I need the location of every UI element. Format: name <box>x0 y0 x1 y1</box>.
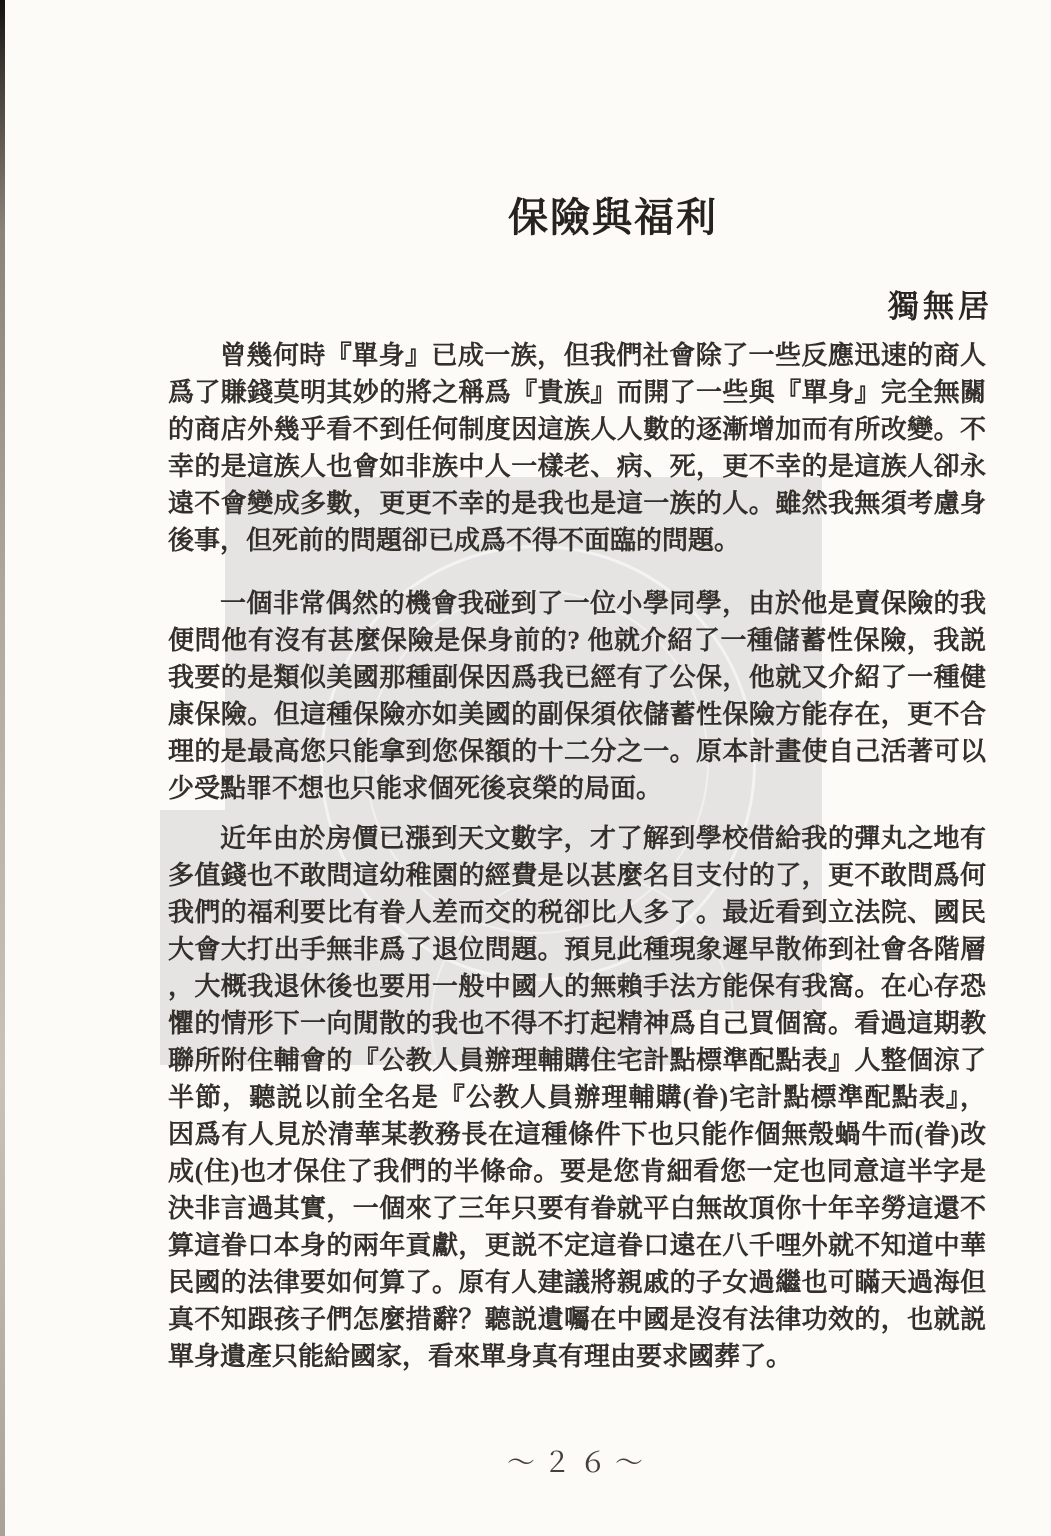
text-line: 遠不會變成多數，更更不幸的是我也是這一族的人。雖然我無須考慮身 <box>168 485 986 522</box>
text-line: 曾幾何時『單身』已成一族，但我們社會除了一些反應迅速的商人 <box>168 337 986 374</box>
text-line: 少受點罪不想也只能求個死後哀榮的局面。 <box>168 770 986 807</box>
text-line: 多值錢也不敢問這幼稚園的經費是以甚麼名目支付的了，更不敢問爲何 <box>168 857 986 894</box>
paragraph: 近年由於房價已漲到天文數字，才了解到學校借給我的彈丸之地有 多值錢也不敢問這幼稚… <box>168 820 986 1375</box>
text-line: 後事，但死前的問題卻已成爲不得不面臨的問題。 <box>168 522 986 559</box>
text-line: 民國的法律要如何算了。原有人建議將親戚的子女過繼也可瞞天過海但 <box>168 1264 986 1301</box>
text-line: 近年由於房價已漲到天文數字，才了解到學校借給我的彈丸之地有 <box>168 820 986 857</box>
text-line: 理的是最高您只能拿到您保額的十二分之一。原本計畫使自己活著可以 <box>168 733 986 770</box>
text-line: 真不知跟孩子們怎麼措辭？聽説遺囑在中國是沒有法律功效的，也就説 <box>168 1301 986 1338</box>
text-line: 一個非常偶然的機會我碰到了一位小學同學，由於他是賣保險的我 <box>168 585 986 622</box>
text-line: 懼的情形下一向閒散的我也不得不打起精神爲自己買個窩。看過這期教 <box>168 1005 986 1042</box>
text-line: 我們的福利要比有眷人差而交的税卻比人多了。最近看到立法院、國民 <box>168 894 986 931</box>
author-name: 獨無居 <box>888 281 993 326</box>
text-line: 成(住)也才保住了我們的半條命。要是您肯細看您一定也同意這半字是 <box>168 1153 986 1190</box>
text-line: 便問他有沒有甚麼保險是保身前的? 他就介紹了一種儲蓄性保險，我説 <box>168 622 986 659</box>
text-line: 康保險。但這種保險亦如美國的副保須依儲蓄性保險方能存在，更不合 <box>168 696 986 733</box>
document-page: 保險與福利 獨無居 曾幾何時『單身』已成一族，但我們社會除了一些反應迅速的商人 … <box>0 0 1051 1536</box>
text-line: 聯所附住輔會的『公教人員辦理輔購住宅計點標準配點表』人整個涼了 <box>168 1042 986 1079</box>
text-line: 的商店外幾乎看不到任何制度因這族人人數的逐漸增加而有所改變。不 <box>168 411 986 448</box>
text-line: 我要的是類似美國那種副保因爲我已經有了公保，他就又介紹了一種健 <box>168 659 986 696</box>
text-line: 爲了賺錢莫明其妙的將之稱爲『貴族』而開了一些與『單身』完全無關 <box>168 374 986 411</box>
paragraph: 曾幾何時『單身』已成一族，但我們社會除了一些反應迅速的商人 爲了賺錢莫明其妙的將… <box>168 337 986 559</box>
page-number: ～２６～ <box>170 1441 988 1481</box>
text-line: 因爲有人見於清華某教務長在這種條件下也只能作個無殼蝸牛而(眷)改 <box>168 1116 986 1153</box>
text-line: 算這眷口本身的兩年貢獻，更説不定這眷口遠在八千哩外就不知道中華 <box>168 1227 986 1264</box>
scan-edge-artifact <box>0 0 5 1536</box>
page-title: 保險與福利 <box>204 186 1022 243</box>
text-line: 半節，聽説以前全名是『公教人員辦理輔購(眷)宅計點標準配點表』， <box>168 1079 986 1116</box>
text-line: 決非言過其實，一個來了三年只要有眷就平白無故頂你十年辛勞這還不 <box>168 1190 986 1227</box>
text-line: 單身遺產只能給國家，看來單身真有理由要求國葬了。 <box>168 1338 986 1375</box>
text-line: 幸的是這族人也會如非族中人一樣老、病、死，更不幸的是這族人卻永 <box>168 448 986 485</box>
article-body: 曾幾何時『單身』已成一族，但我們社會除了一些反應迅速的商人 爲了賺錢莫明其妙的將… <box>168 337 986 1375</box>
text-line: ，大概我退休後也要用一般中國人的無賴手法方能保有我窩。在心存恐 <box>168 968 986 1005</box>
paragraph: 一個非常偶然的機會我碰到了一位小學同學，由於他是賣保險的我 便問他有沒有甚麼保險… <box>168 585 986 807</box>
text-line: 大會大打出手無非爲了退位問題。預見此種現象遲早散佈到社會各階層 <box>168 931 986 968</box>
